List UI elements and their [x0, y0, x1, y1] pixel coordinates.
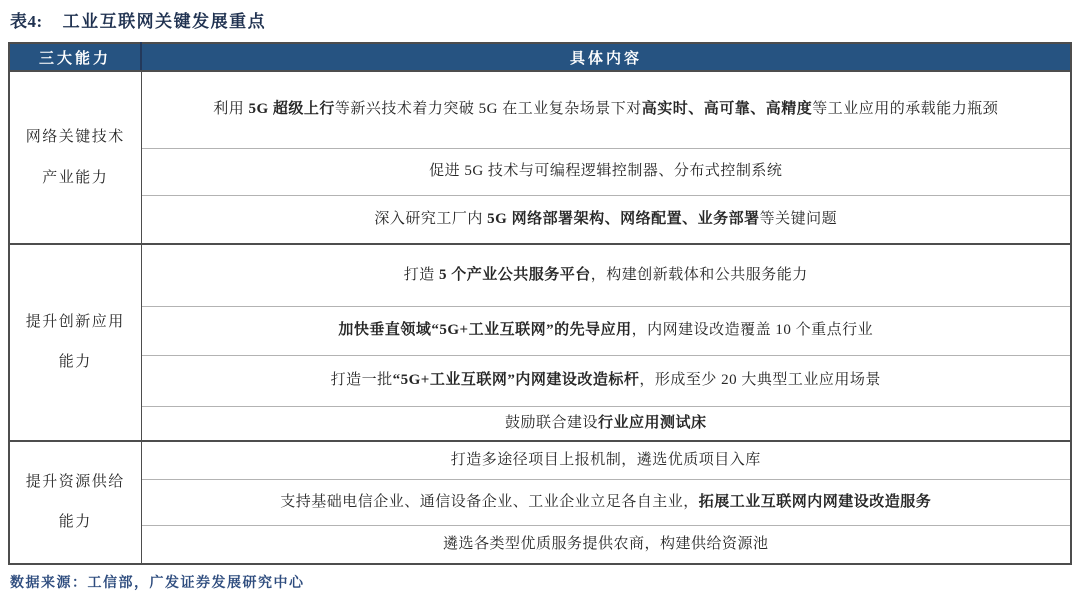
content-cell: 加快垂直领域“5G+工业互联网”的先导应用，内网建设改造覆盖 10 个重点行业	[141, 306, 1071, 355]
table-title: 表4:工业互联网关键发展重点	[8, 7, 1072, 32]
content-cell: 鼓励联合建设行业应用测试床	[141, 406, 1071, 441]
header-capabilities: 三大能力	[9, 43, 141, 71]
table-header-row: 三大能力 具体内容	[9, 43, 1071, 71]
table-header: 三大能力 具体内容	[9, 43, 1071, 71]
content-cell: 利用 5G 超级上行等新兴技术着力突破 5G 在工业复杂场景下对高实时、高可靠、…	[141, 71, 1071, 148]
group-label-resource-supply: 提升资源供给 能力	[9, 441, 141, 564]
table-row: 深入研究工厂内 5G 网络部署架构、网络配置、业务部署等关键问题	[9, 195, 1071, 244]
content-cell: 打造多途径项目上报机制，遴选优质项目入库	[141, 441, 1071, 480]
report-table-page: 表4:工业互联网关键发展重点 三大能力 具体内容 网络关键技术 产业能力 利用 …	[0, 0, 1080, 591]
table-row: 提升创新应用 能力 打造 5 个产业公共服务平台，构建创新载体和公共服务能力	[9, 244, 1071, 306]
group-resource-supply: 提升资源供给 能力 打造多途径项目上报机制，遴选优质项目入库 支持基础电信企业、…	[9, 441, 1071, 564]
page-title: 工业互联网关键发展重点	[63, 12, 267, 31]
content-cell: 支持基础电信企业、通信设备企业、工业企业立足各自主业，拓展工业互联网内网建设改造…	[141, 480, 1071, 526]
table-row: 促进 5G 技术与可编程逻辑控制器、分布式控制系统	[9, 148, 1071, 195]
content-cell: 促进 5G 技术与可编程逻辑控制器、分布式控制系统	[141, 148, 1071, 195]
group-network-key-tech: 网络关键技术 产业能力 利用 5G 超级上行等新兴技术着力突破 5G 在工业复杂…	[9, 71, 1071, 244]
table-row: 网络关键技术 产业能力 利用 5G 超级上行等新兴技术着力突破 5G 在工业复杂…	[9, 71, 1071, 148]
group-label-network-key-tech: 网络关键技术 产业能力	[9, 71, 141, 244]
table-row: 打造一批“5G+工业互联网”内网建设改造标杆，形成至少 20 大典型工业应用场景	[9, 355, 1071, 406]
group-innovation-application: 提升创新应用 能力 打造 5 个产业公共服务平台，构建创新载体和公共服务能力 加…	[9, 244, 1071, 441]
table-row: 提升资源供给 能力 打造多途径项目上报机制，遴选优质项目入库	[9, 441, 1071, 480]
key-development-table: 三大能力 具体内容 网络关键技术 产业能力 利用 5G 超级上行等新兴技术着力突…	[8, 42, 1072, 565]
table-row: 支持基础电信企业、通信设备企业、工业企业立足各自主业，拓展工业互联网内网建设改造…	[9, 480, 1071, 526]
group-label-innovation-application: 提升创新应用 能力	[9, 244, 141, 441]
content-cell: 打造一批“5G+工业互联网”内网建设改造标杆，形成至少 20 大典型工业应用场景	[141, 355, 1071, 406]
header-content: 具体内容	[141, 43, 1071, 71]
content-cell: 打造 5 个产业公共服务平台，构建创新载体和公共服务能力	[141, 244, 1071, 306]
data-source-note: 数据来源：工信部，广发证券发展研究中心	[8, 572, 1072, 591]
table-number-label: 表4:	[10, 12, 43, 31]
content-cell: 遴选各类型优质服务提供农商，构建供给资源池	[141, 526, 1071, 564]
table-row: 遴选各类型优质服务提供农商，构建供给资源池	[9, 526, 1071, 564]
table-row: 鼓励联合建设行业应用测试床	[9, 406, 1071, 441]
table-row: 加快垂直领域“5G+工业互联网”的先导应用，内网建设改造覆盖 10 个重点行业	[9, 306, 1071, 355]
content-cell: 深入研究工厂内 5G 网络部署架构、网络配置、业务部署等关键问题	[141, 195, 1071, 244]
